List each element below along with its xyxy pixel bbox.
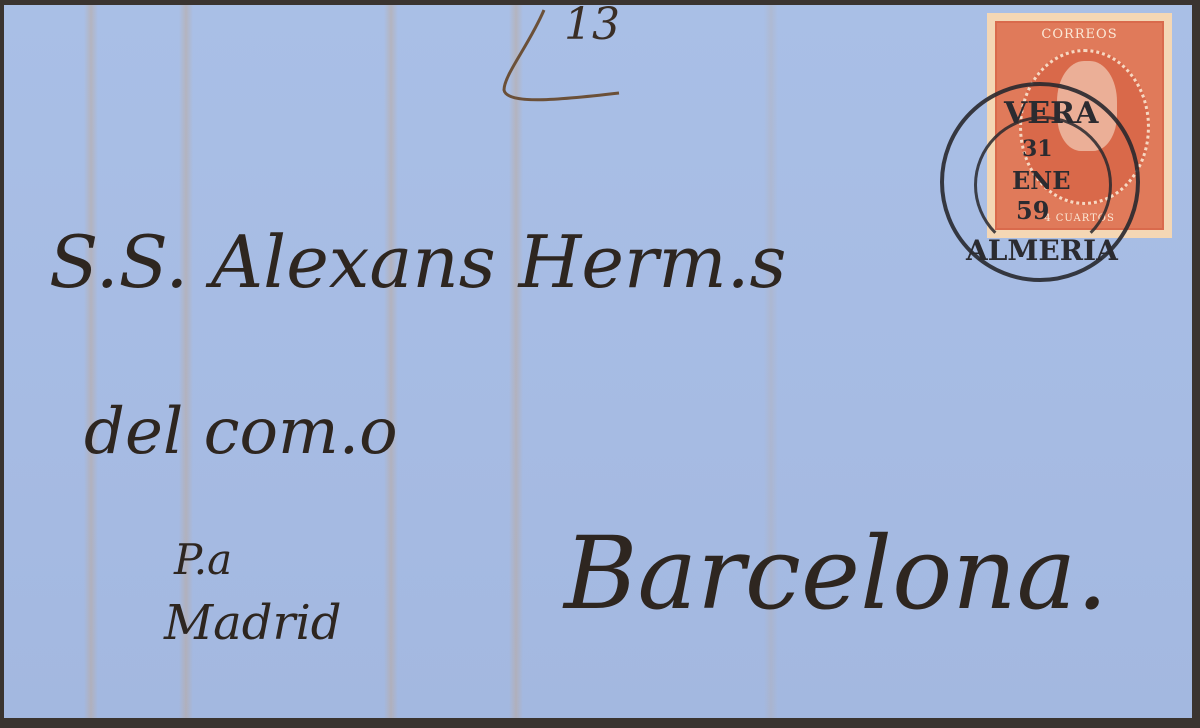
postmark-month: ENE bbox=[1012, 166, 1071, 195]
stamp-top-text: CORREOS bbox=[997, 27, 1162, 42]
circular-date-postmark: VERA 31 ENE 59 ALMERIA bbox=[940, 82, 1140, 282]
address-via: P.a bbox=[174, 535, 232, 584]
fold-line bbox=[384, 5, 398, 718]
address-via-city: Madrid bbox=[164, 595, 342, 651]
rate-number: 13 bbox=[564, 0, 620, 50]
postmark-province: ALMERIA bbox=[966, 234, 1118, 267]
address-city: Barcelona. bbox=[564, 515, 1108, 632]
postmark-year: 59 bbox=[1016, 196, 1049, 225]
postmark-town: VERA bbox=[1004, 96, 1098, 131]
fold-line bbox=[84, 5, 98, 718]
address-line-1: S.S. Alexans Herm.s bbox=[49, 185, 786, 313]
address-line-2: del com.o bbox=[84, 395, 398, 469]
fold-line bbox=[509, 5, 523, 718]
postmark-day: 31 bbox=[1022, 136, 1053, 162]
